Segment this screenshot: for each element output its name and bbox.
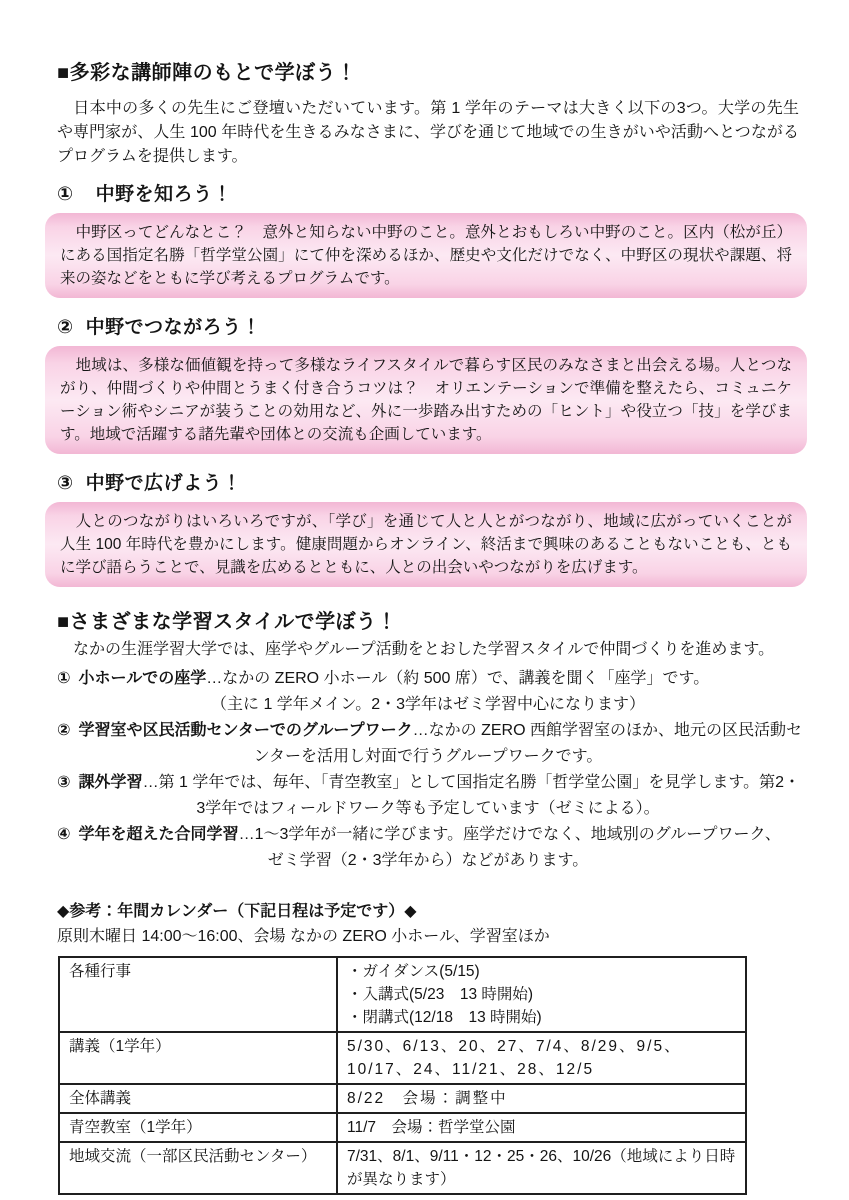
row-lectures-value: 5/30、6/13、20、27、7/4、8/29、9/5、 10/17、24、1… bbox=[337, 1032, 746, 1084]
pink-box-know-nakano: 中野区ってどんなとこ？ 意外と知らない中野のこと。意外とおもしろい中野のこと。区… bbox=[45, 213, 807, 298]
circled-number-3: ③ bbox=[57, 473, 74, 494]
event-line-guidance: ・ガイダンス(5/15) bbox=[347, 960, 736, 983]
section-heading-teachers: ■多彩な講師陣のもとで学ぼう！ bbox=[57, 56, 799, 85]
pink-box-expand-nakano: 人とのつながりはいろいろですが、「学び」を通じて人と人とがつながり、地域に広がっ… bbox=[45, 502, 807, 587]
subheading-connect-nakano-label: 中野でつながろう！ bbox=[86, 317, 262, 338]
style-item-lecture: ①小ホールでの座学…なかの ZERO 小ホール（約 500 席）で、講義を聞く「… bbox=[57, 666, 799, 718]
circled-number-2: ② bbox=[57, 317, 74, 338]
general-lecture-date: 8/22 会場：調整中 bbox=[347, 1087, 736, 1110]
styles-intro-line: なかの生涯学習大学では、座学やグループ活動をとおした学習スタイルで仲間づくりを進… bbox=[57, 638, 799, 662]
circled-number-3: ③ bbox=[57, 774, 71, 791]
row-open-air-class-value: 11/7 会場：哲学堂公園 bbox=[337, 1113, 746, 1142]
style-item-joint-learning-text: …1～3学年が一緒に学びます。座学だけでなく、地域別のグループワーク、 bbox=[239, 826, 781, 843]
style-item-lecture-line2: （主に 1 学年メイン。2・3学年はゼミ学習中心になります） bbox=[57, 692, 799, 718]
open-air-class-date: 11/7 会場：哲学堂公園 bbox=[347, 1116, 736, 1139]
circled-number-2: ② bbox=[57, 722, 71, 739]
row-community-exchange-label: 地域交流（一部区民活動センター） bbox=[59, 1142, 337, 1194]
row-community-exchange-value: 7/31、8/1、9/11・12・25・26、10/26（地域により日時が異なり… bbox=[337, 1142, 746, 1194]
circled-number-1: ① bbox=[57, 184, 74, 205]
subheading-expand-nakano-label: 中野で広げよう！ bbox=[86, 473, 242, 494]
row-events-value: ・ガイダンス(5/15) ・入講式(5/23 13 時開始) ・閉講式(12/1… bbox=[337, 957, 746, 1032]
style-item-lecture-title: 小ホールでの座学 bbox=[79, 670, 207, 687]
style-item-groupwork-title: 学習室や区民活動センターでのグループワーク bbox=[79, 722, 413, 739]
style-item-joint-learning-title: 学年を超えた合同学習 bbox=[79, 826, 239, 843]
event-line-opening: ・入講式(5/23 13 時開始) bbox=[347, 983, 736, 1006]
style-item-lecture-text: …なかの ZERO 小ホール（約 500 席）で、講義を聞く「座学」です。 bbox=[206, 670, 709, 687]
pink-box-connect-nakano: 地域は、多様な価値観を持って多様なライフスタイルで暮らす区民のみなさまと出会える… bbox=[45, 346, 807, 454]
row-general-lecture-label: 全体講義 bbox=[59, 1084, 337, 1113]
style-item-joint-learning: ④学年を超えた合同学習…1～3学年が一緒に学びます。座学だけでなく、地域別のグル… bbox=[57, 822, 799, 874]
style-item-fieldwork-text: …第 1 学年では、毎年、「青空教室」として国指定名勝「哲学堂公園」を見学します… bbox=[143, 774, 800, 791]
subheading-expand-nakano: ③中野で広げよう！ bbox=[57, 468, 799, 495]
subheading-know-nakano: ①中野を知ろう！ bbox=[57, 179, 799, 206]
subheading-connect-nakano: ②中野でつながろう！ bbox=[57, 312, 799, 339]
section-heading-styles: ■さまざまな学習スタイルで学ぼう！ bbox=[57, 605, 799, 634]
lecture-dates-line2: 10/17、24、11/21、28、12/5 bbox=[347, 1058, 736, 1081]
document-page: ■多彩な講師陣のもとで学ぼう！ 日本中の多くの先生にご登壇いただいています。第 … bbox=[0, 0, 849, 1200]
table-row-open-air-class: 青空教室（1学年） 11/7 会場：哲学堂公園 bbox=[59, 1113, 746, 1142]
style-item-groupwork-text: …なかの ZERO 西館学習室のほか、地元の区民活動セ bbox=[413, 722, 802, 739]
community-exchange-dates: 7/31、8/1、9/11・12・25・26、10/26（地域により日時が異なり… bbox=[347, 1145, 736, 1191]
style-item-fieldwork-line1: ③課外学習…第 1 学年では、毎年、「青空教室」として国指定名勝「哲学堂公園」を… bbox=[57, 770, 799, 796]
circled-number-4: ④ bbox=[57, 826, 71, 843]
calendar-table: 各種行事 ・ガイダンス(5/15) ・入講式(5/23 13 時開始) ・閉講式… bbox=[58, 956, 747, 1195]
table-row-general-lecture: 全体講義 8/22 会場：調整中 bbox=[59, 1084, 746, 1113]
style-item-fieldwork-line2: 3学年ではフィールドワーク等も予定しています（ゼミによる）。 bbox=[57, 796, 799, 822]
style-item-joint-learning-line1: ④学年を超えた合同学習…1～3学年が一緒に学びます。座学だけでなく、地域別のグル… bbox=[57, 822, 799, 848]
row-lectures-label: 講義（1学年） bbox=[59, 1032, 337, 1084]
row-open-air-class-label: 青空教室（1学年） bbox=[59, 1113, 337, 1142]
style-item-lecture-line1: ①小ホールでの座学…なかの ZERO 小ホール（約 500 席）で、講義を聞く「… bbox=[57, 666, 799, 692]
circled-number-1: ① bbox=[57, 670, 71, 687]
subheading-know-nakano-label: 中野を知ろう！ bbox=[96, 184, 233, 205]
style-item-fieldwork: ③課外学習…第 1 学年では、毎年、「青空教室」として国指定名勝「哲学堂公園」を… bbox=[57, 770, 799, 822]
lecture-dates-line1: 5/30、6/13、20、27、7/4、8/29、9/5、 bbox=[347, 1035, 736, 1058]
style-item-groupwork: ②学習室や区民活動センターでのグループワーク…なかの ZERO 西館学習室のほか… bbox=[57, 718, 799, 770]
event-line-closing: ・閉講式(12/18 13 時開始) bbox=[347, 1006, 736, 1029]
teachers-intro-paragraph: 日本中の多くの先生にご登壇いただいています。第 1 学年のテーマは大きく以下の3… bbox=[57, 97, 799, 169]
table-row-community-exchange: 地域交流（一部区民活動センター） 7/31、8/1、9/11・12・25・26、… bbox=[59, 1142, 746, 1194]
section-learning-styles: ■さまざまな学習スタイルで学ぼう！ なかの生涯学習大学では、座学やグループ活動を… bbox=[57, 605, 799, 874]
style-item-groupwork-line2: ンターを活用し対面で行うグループワークです。 bbox=[57, 744, 799, 770]
calendar-note: 原則木曜日 14:00～16:00、会場 なかの ZERO 小ホール、学習室ほか bbox=[57, 923, 799, 946]
table-row-events: 各種行事 ・ガイダンス(5/15) ・入講式(5/23 13 時開始) ・閉講式… bbox=[59, 957, 746, 1032]
calendar-heading: ◆参考：年間カレンダー（下記日程は予定です）◆ bbox=[57, 898, 799, 921]
table-row-lectures: 講義（1学年） 5/30、6/13、20、27、7/4、8/29、9/5、 10… bbox=[59, 1032, 746, 1084]
style-item-groupwork-line1: ②学習室や区民活動センターでのグループワーク…なかの ZERO 西館学習室のほか… bbox=[57, 718, 799, 744]
row-general-lecture-value: 8/22 会場：調整中 bbox=[337, 1084, 746, 1113]
row-events-label: 各種行事 bbox=[59, 957, 337, 1032]
style-item-joint-learning-line2: ゼミ学習（2・3学年から）などがあります。 bbox=[57, 848, 799, 874]
style-item-fieldwork-title: 課外学習 bbox=[79, 774, 143, 791]
